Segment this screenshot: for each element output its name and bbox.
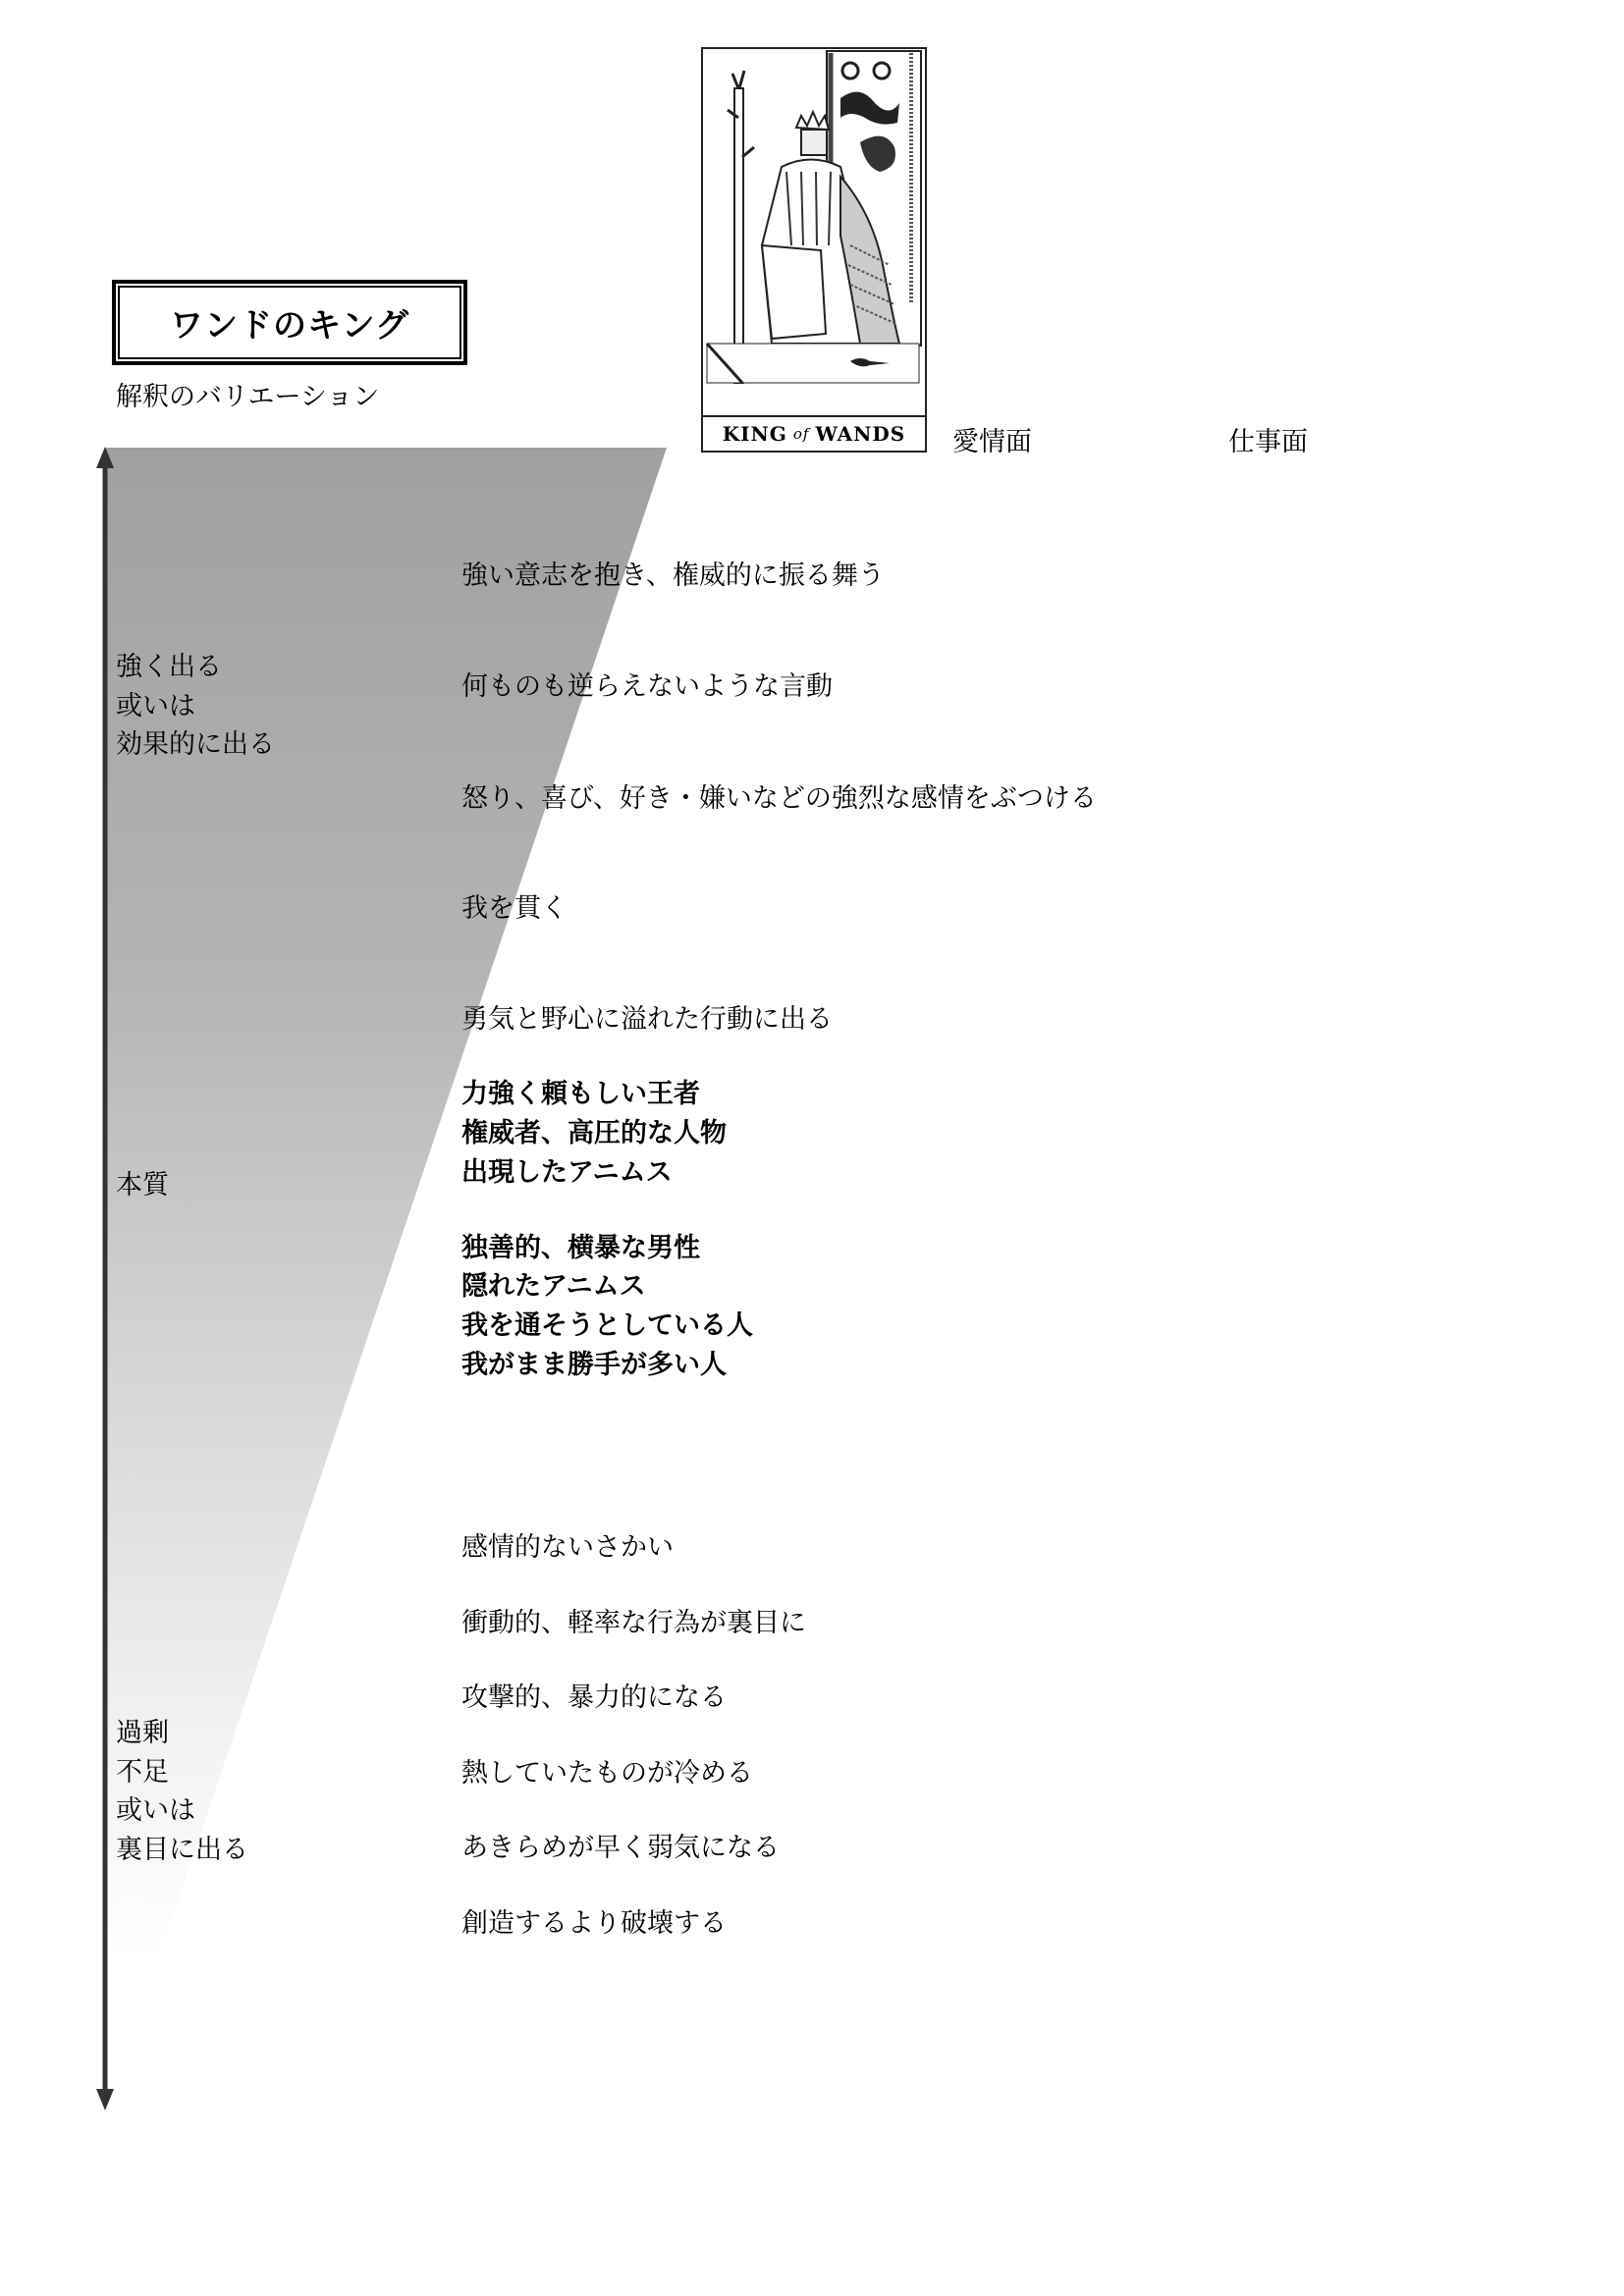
interpretation-excess: あきらめが早く弱気になる bbox=[461, 1829, 780, 1868]
card-caption: KING of WANDS bbox=[703, 415, 925, 451]
interpretation-essence-negative: 独善的、横暴な男性 bbox=[461, 1229, 700, 1268]
axis-label-line: 効果的に出る bbox=[116, 725, 275, 765]
axis-label-strong: 強く出る 或いは 効果的に出る bbox=[116, 648, 275, 765]
interpretation-strong: 勇気と野心に溢れた行動に出る bbox=[461, 1000, 833, 1040]
interpretation-excess: 攻撃的、暴力的になる bbox=[461, 1679, 727, 1718]
card-caption-king: KING bbox=[723, 422, 787, 446]
interpretation-excess: 創造するより破壊する bbox=[461, 1904, 727, 1944]
interpretation-strong: 何ものも逆らえないような言動 bbox=[461, 667, 833, 707]
axis-label-line: 不足 bbox=[116, 1753, 248, 1792]
interpretation-essence-negative: 我を通そうとしている人 bbox=[461, 1307, 753, 1346]
interpretation-strong: 強い意志を抱き、権威的に振る舞う bbox=[461, 557, 885, 596]
interpretation-strong: 我を貫く bbox=[461, 889, 568, 929]
interpretation-strong: 怒り、喜び、好き・嫌いなどの強烈な感情をぶつける bbox=[461, 779, 1097, 819]
interpretation-excess: 感情的ないさかい bbox=[461, 1528, 674, 1568]
interpretation-essence-positive: 力強く頼もしい王者 bbox=[461, 1075, 700, 1114]
page-title-box: ワンドのキング bbox=[112, 280, 467, 365]
axis-label-excess: 過剰 不足 或いは 裏目に出る bbox=[116, 1714, 248, 1869]
card-caption-of: of bbox=[793, 425, 810, 443]
column-header-love: 愛情面 bbox=[952, 420, 1032, 458]
axis-label-line: 過剰 bbox=[116, 1714, 248, 1753]
axis-label-line: 或いは bbox=[116, 1791, 248, 1831]
tarot-card-image: KING of WANDS bbox=[701, 47, 927, 453]
axis-label-line: 或いは bbox=[116, 687, 275, 726]
card-caption-wands: WANDS bbox=[815, 422, 905, 446]
king-of-wands-illustration-icon bbox=[703, 49, 925, 417]
axis-label-essence: 本質 bbox=[116, 1166, 169, 1205]
axis-label-line: 強く出る bbox=[116, 648, 275, 687]
interpretation-essence-negative: 我がまま勝手が多い人 bbox=[461, 1346, 727, 1385]
axis-label-line: 本質 bbox=[116, 1166, 169, 1205]
page-title: ワンドのキング bbox=[118, 286, 461, 359]
interpretation-essence-negative: 隠れたアニムス bbox=[461, 1267, 646, 1307]
column-header-work: 仕事面 bbox=[1228, 420, 1308, 458]
interpretation-essence-positive: 権威者、高圧的な人物 bbox=[461, 1114, 727, 1153]
axis-label-line: 裏目に出る bbox=[116, 1831, 248, 1870]
subtitle: 解釈のバリエーション bbox=[116, 375, 379, 413]
interpretation-excess: 衝動的、軽率な行為が裏目に bbox=[461, 1604, 806, 1643]
interpretation-excess: 熱していたものが冷める bbox=[461, 1754, 753, 1793]
interpretation-essence-positive: 出現したアニムス bbox=[461, 1153, 673, 1193]
